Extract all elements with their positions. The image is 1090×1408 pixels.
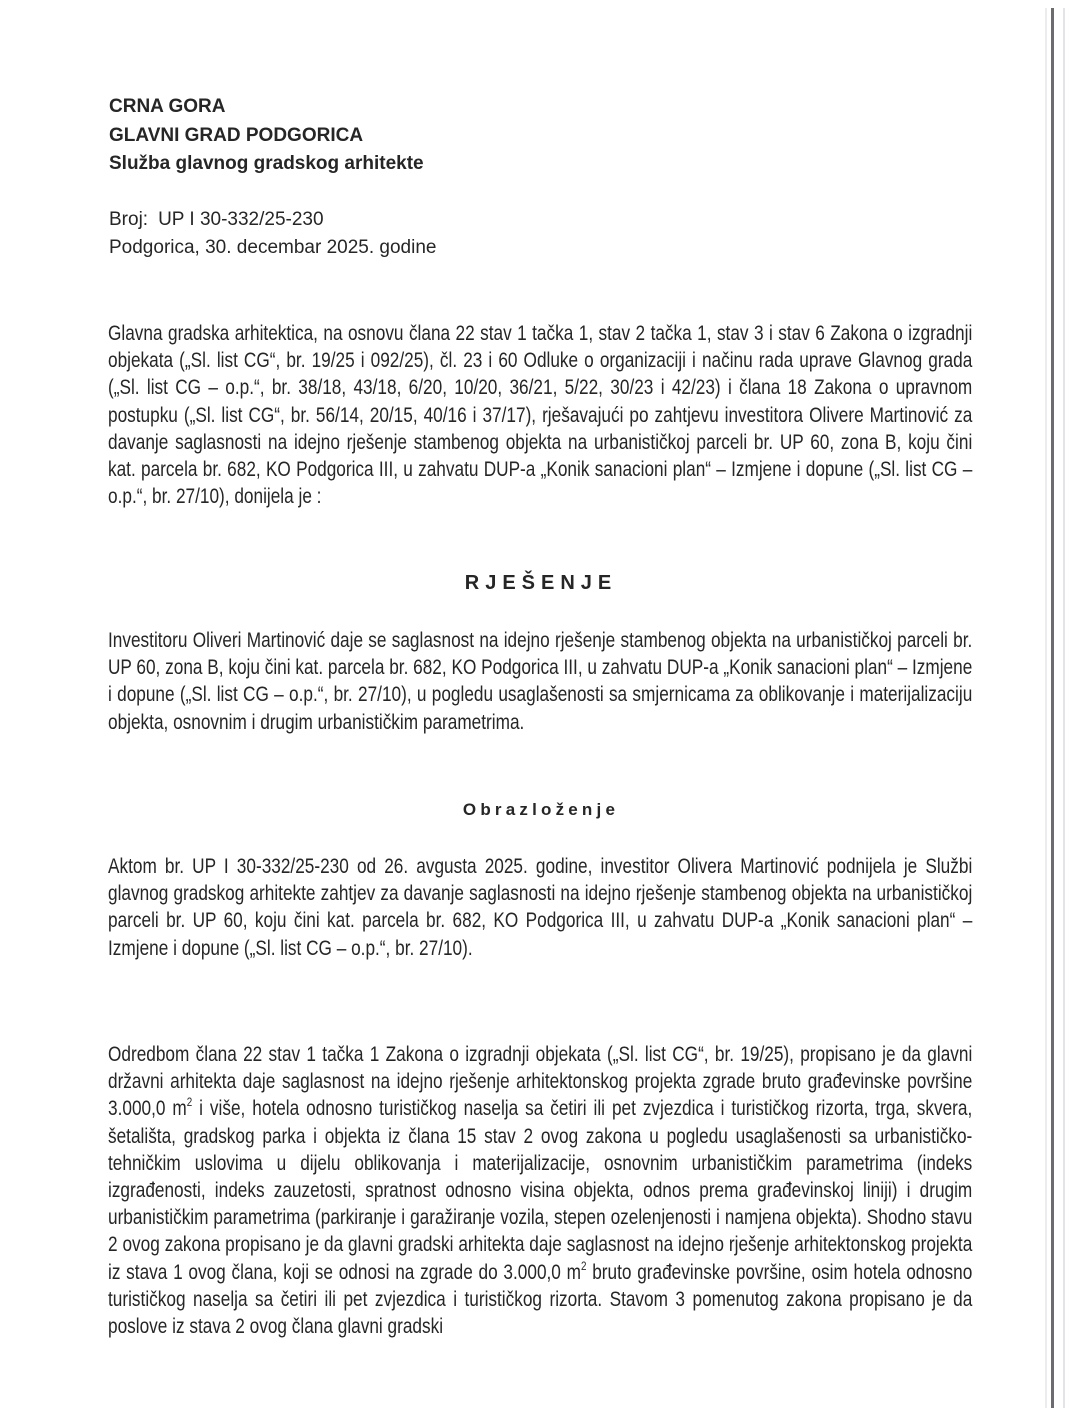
scan-page-edge-highlight [1063,8,1065,1408]
reference-number: Broj:UP I 30-332/25-230 [109,206,436,234]
reasoning-paragraph-2: Odredbom člana 22 stav 1 tačka 1 Zakona … [108,1041,972,1340]
header-city: GLAVNI GRAD PODGORICA [109,122,424,151]
reference-number-label: Broj: [109,209,148,230]
document-reference: Broj:UP I 30-332/25-230 Podgorica, 30. d… [109,206,436,262]
decision-heading: RJEŠENJE [0,572,1082,595]
intro-paragraph: Glavna gradska arhitektica, na osnovu čl… [108,320,972,510]
decision-paragraph: Investitoru Oliveri Martinović daje se s… [108,627,972,736]
document-header: CRNA GORA GLAVNI GRAD PODGORICA Služba g… [109,93,424,179]
reasoning-paragraph-1: Aktom br. UP I 30-332/25-230 od 26. avgu… [108,853,972,962]
reasoning-heading: Obrazloženje [0,800,1082,820]
scan-page-edge [1051,8,1054,1408]
reference-place-date: Podgorica, 30. decembar 2025. godine [109,234,436,262]
reference-number-value: UP I 30-332/25-230 [158,209,324,230]
scan-page-edge-shadow [1045,8,1047,1408]
reasoning-paragraph-2-part2: i više, hotela odnosno turističkog nasel… [108,1097,972,1283]
header-country: CRNA GORA [109,93,424,122]
header-office: Služba glavnog gradskog arhitekte [109,150,424,179]
